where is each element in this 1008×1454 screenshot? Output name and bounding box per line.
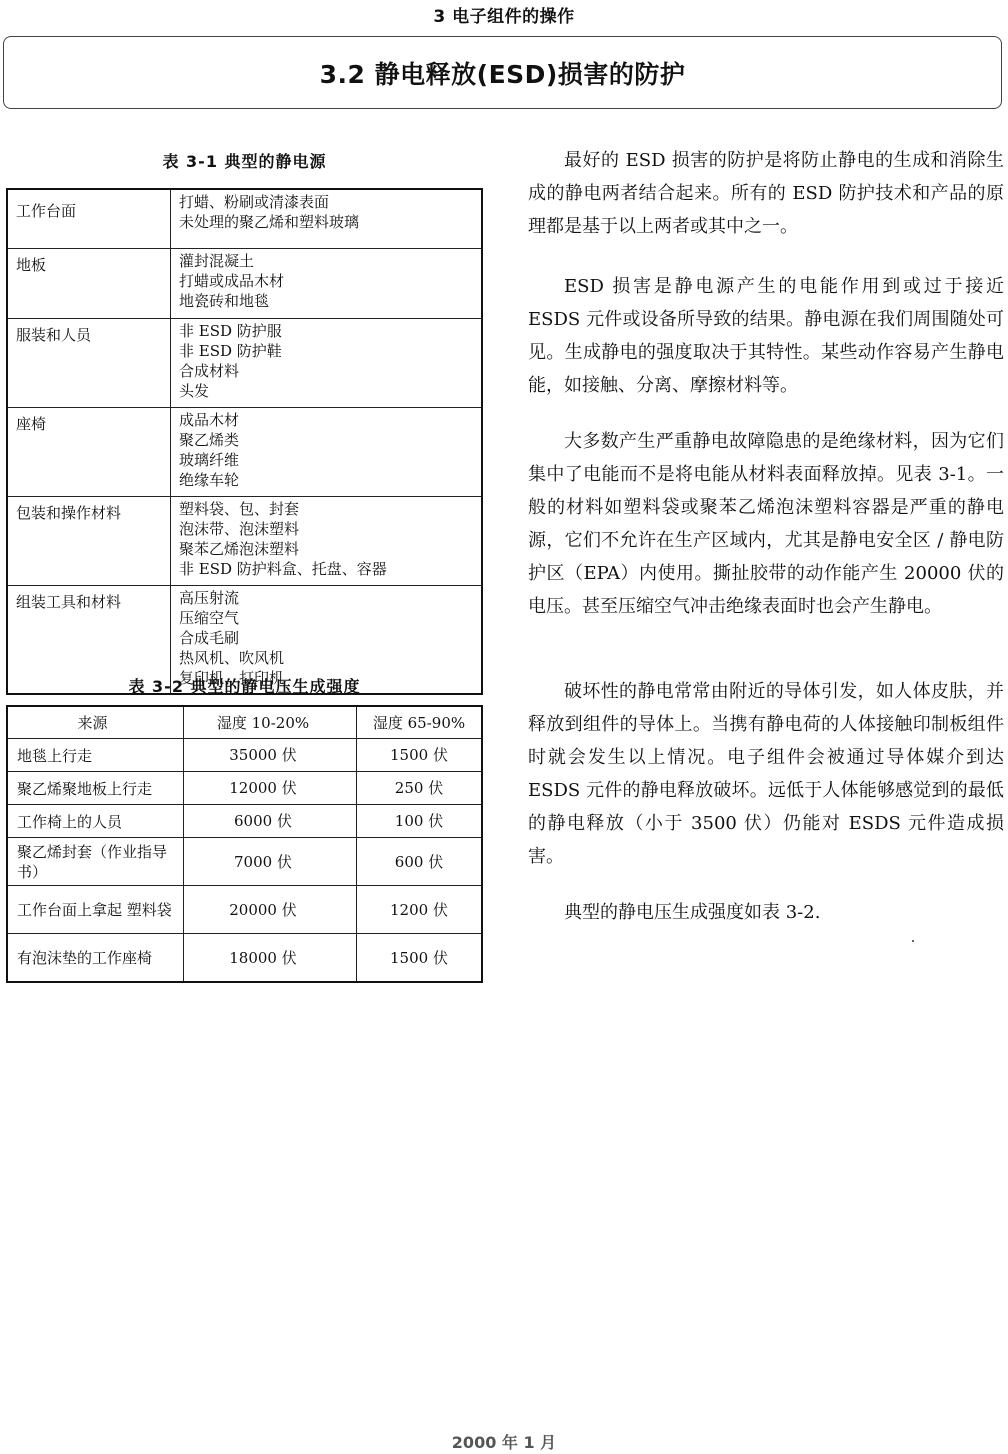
table-row: 地板 灌封混凝土 打蜡或成品木材 地瓷砖和地毯 [7,249,482,319]
list-item: 头发 [179,381,473,401]
category-cell: 服装和人员 [7,319,171,408]
low-humidity-cell: 7000 伏 [184,838,357,886]
column-header-high-humidity: 湿度 65-90% [357,706,483,739]
category-cell: 地板 [7,249,171,319]
low-humidity-cell: 35000 伏 [184,739,357,772]
low-humidity-cell: 18000 伏 [184,934,357,983]
items-cell: 非 ESD 防护服 非 ESD 防护鞋 合成材料 头发 [171,319,483,408]
high-humidity-cell: 1500 伏 [357,739,483,772]
column-header-low-humidity: 湿度 10-20% [184,706,357,739]
list-item: 聚苯乙烯泡沫塑料 [179,539,473,559]
items-cell: 成品木材 聚乙烯类 玻璃纤维 绝缘车轮 [171,408,483,497]
source-cell: 工作椅上的人员 [7,805,184,838]
list-item: 热风机、吹风机 [179,648,473,668]
section-title: 3.2 静电释放(ESD)损害的防护 [320,55,686,91]
list-item: 高压射流 [179,588,473,608]
high-humidity-cell: 1500 伏 [357,934,483,983]
table-row: 工作台面上拿起 塑料袋 20000 伏 1200 伏 [7,886,482,934]
table-row: 座椅 成品木材 聚乙烯类 玻璃纤维 绝缘车轮 [7,408,482,497]
list-item: 泡沫带、泡沫塑料 [179,519,473,539]
low-humidity-cell: 6000 伏 [184,805,357,838]
high-humidity-cell: 100 伏 [357,805,483,838]
category-cell: 工作台面 [7,189,171,249]
table-row: 聚乙烯封套（作业指导书） 7000 伏 600 伏 [7,838,482,886]
category-cell: 包装和操作材料 [7,497,171,586]
paragraph-text: ESD 损害是静电源产生的电能作用到或过于接近 ESDS 元件或设备所导致的结果… [528,270,1004,402]
source-cell: 有泡沫垫的工作座椅 [7,934,184,983]
section-title-box: 3.2 静电释放(ESD)损害的防护 [3,36,1002,109]
list-item: 合成毛刷 [179,628,473,648]
source-cell: 聚乙烯封套（作业指导书） [7,838,184,886]
list-item: 非 ESD 防护鞋 [179,341,473,361]
table-row: 有泡沫垫的工作座椅 18000 伏 1500 伏 [7,934,482,983]
paragraph-1: 最好的 ESD 损害的防护是将防止静电的生成和消除生成的静电两者结合起来。所有的… [528,144,1004,243]
table-row: 包装和操作材料 塑料袋、包、封套 泡沫带、泡沫塑料 聚苯乙烯泡沫塑料 非 ESD… [7,497,482,586]
items-cell: 灌封混凝土 打蜡或成品木材 地瓷砖和地毯 [171,249,483,319]
source-cell: 地毯上行走 [7,739,184,772]
paragraph-text: 最好的 ESD 损害的防护是将防止静电的生成和消除生成的静电两者结合起来。所有的… [528,144,1004,243]
paragraph-4: 破坏性的静电常常由附近的导体引发，如人体皮肤，并释放到组件的导体上。当携有静电荷… [528,675,1004,873]
table-header-row: 来源 湿度 10-20% 湿度 65-90% [7,706,482,739]
list-item: 成品木材 [179,410,473,430]
list-item: 塑料袋、包、封套 [179,499,473,519]
paragraph-5: 典型的静电压生成强度如表 3-2. [528,896,1004,929]
table-row: 工作椅上的人员 6000 伏 100 伏 [7,805,482,838]
list-item: 地瓷砖和地毯 [179,291,473,311]
table-row: 工作台面 打蜡、粉刷或清漆表面 未处理的聚乙烯和塑料玻璃 [7,189,482,249]
paragraph-3: 大多数产生严重静电故障隐患的是绝缘材料，因为它们集中了电能而不是将电能从材料表面… [528,425,1004,623]
list-item: 未处理的聚乙烯和塑料玻璃 [179,212,473,232]
high-humidity-cell: 600 伏 [357,838,483,886]
paragraph-2: ESD 损害是静电源产生的电能作用到或过于接近 ESDS 元件或设备所导致的结果… [528,270,1004,402]
table-2-caption: 表 3-2 典型的静电压生成强度 [6,674,483,697]
source-cell: 聚乙烯聚地板上行走 [7,772,184,805]
list-item: 聚乙烯类 [179,430,473,450]
static-sources-table: 工作台面 打蜡、粉刷或清漆表面 未处理的聚乙烯和塑料玻璃 地板 灌封混凝土 打蜡… [6,188,483,695]
high-humidity-cell: 250 伏 [357,772,483,805]
static-voltage-table: 来源 湿度 10-20% 湿度 65-90% 地毯上行走 35000 伏 150… [6,705,483,983]
table-row: 聚乙烯聚地板上行走 12000 伏 250 伏 [7,772,482,805]
column-header-source: 来源 [7,706,184,739]
high-humidity-cell: 1200 伏 [357,886,483,934]
table-row: 服装和人员 非 ESD 防护服 非 ESD 防护鞋 合成材料 头发 [7,319,482,408]
paragraph-text: 典型的静电压生成强度如表 3-2. [528,896,1004,929]
list-item: 玻璃纤维 [179,450,473,470]
low-humidity-cell: 20000 伏 [184,886,357,934]
source-cell: 工作台面上拿起 塑料袋 [7,886,184,934]
paragraph-text: 大多数产生严重静电故障隐患的是绝缘材料，因为它们集中了电能而不是将电能从材料表面… [528,425,1004,623]
page-footer-date: 2000 年 1 月 [0,1430,1008,1453]
list-item: 非 ESD 防护服 [179,321,473,341]
items-cell: 塑料袋、包、封套 泡沫带、泡沫塑料 聚苯乙烯泡沫塑料 非 ESD 防护料盒、托盘… [171,497,483,586]
list-item: 合成材料 [179,361,473,381]
list-item: 非 ESD 防护料盒、托盘、容器 [179,559,473,579]
list-item: 打蜡、粉刷或清漆表面 [179,192,473,212]
category-cell: 座椅 [7,408,171,497]
list-item: 压缩空气 [179,608,473,628]
table-row: 地毯上行走 35000 伏 1500 伏 [7,739,482,772]
running-head: 3 电子组件的操作 [0,2,1008,27]
table-1-caption: 表 3-1 典型的静电源 [6,149,483,172]
low-humidity-cell: 12000 伏 [184,772,357,805]
scan-artifact-dot [912,940,914,942]
list-item: 绝缘车轮 [179,470,473,490]
paragraph-text: 破坏性的静电常常由附近的导体引发，如人体皮肤，并释放到组件的导体上。当携有静电荷… [528,675,1004,873]
items-cell: 打蜡、粉刷或清漆表面 未处理的聚乙烯和塑料玻璃 [171,189,483,249]
list-item: 灌封混凝土 [179,251,473,271]
list-item: 打蜡或成品木材 [179,271,473,291]
